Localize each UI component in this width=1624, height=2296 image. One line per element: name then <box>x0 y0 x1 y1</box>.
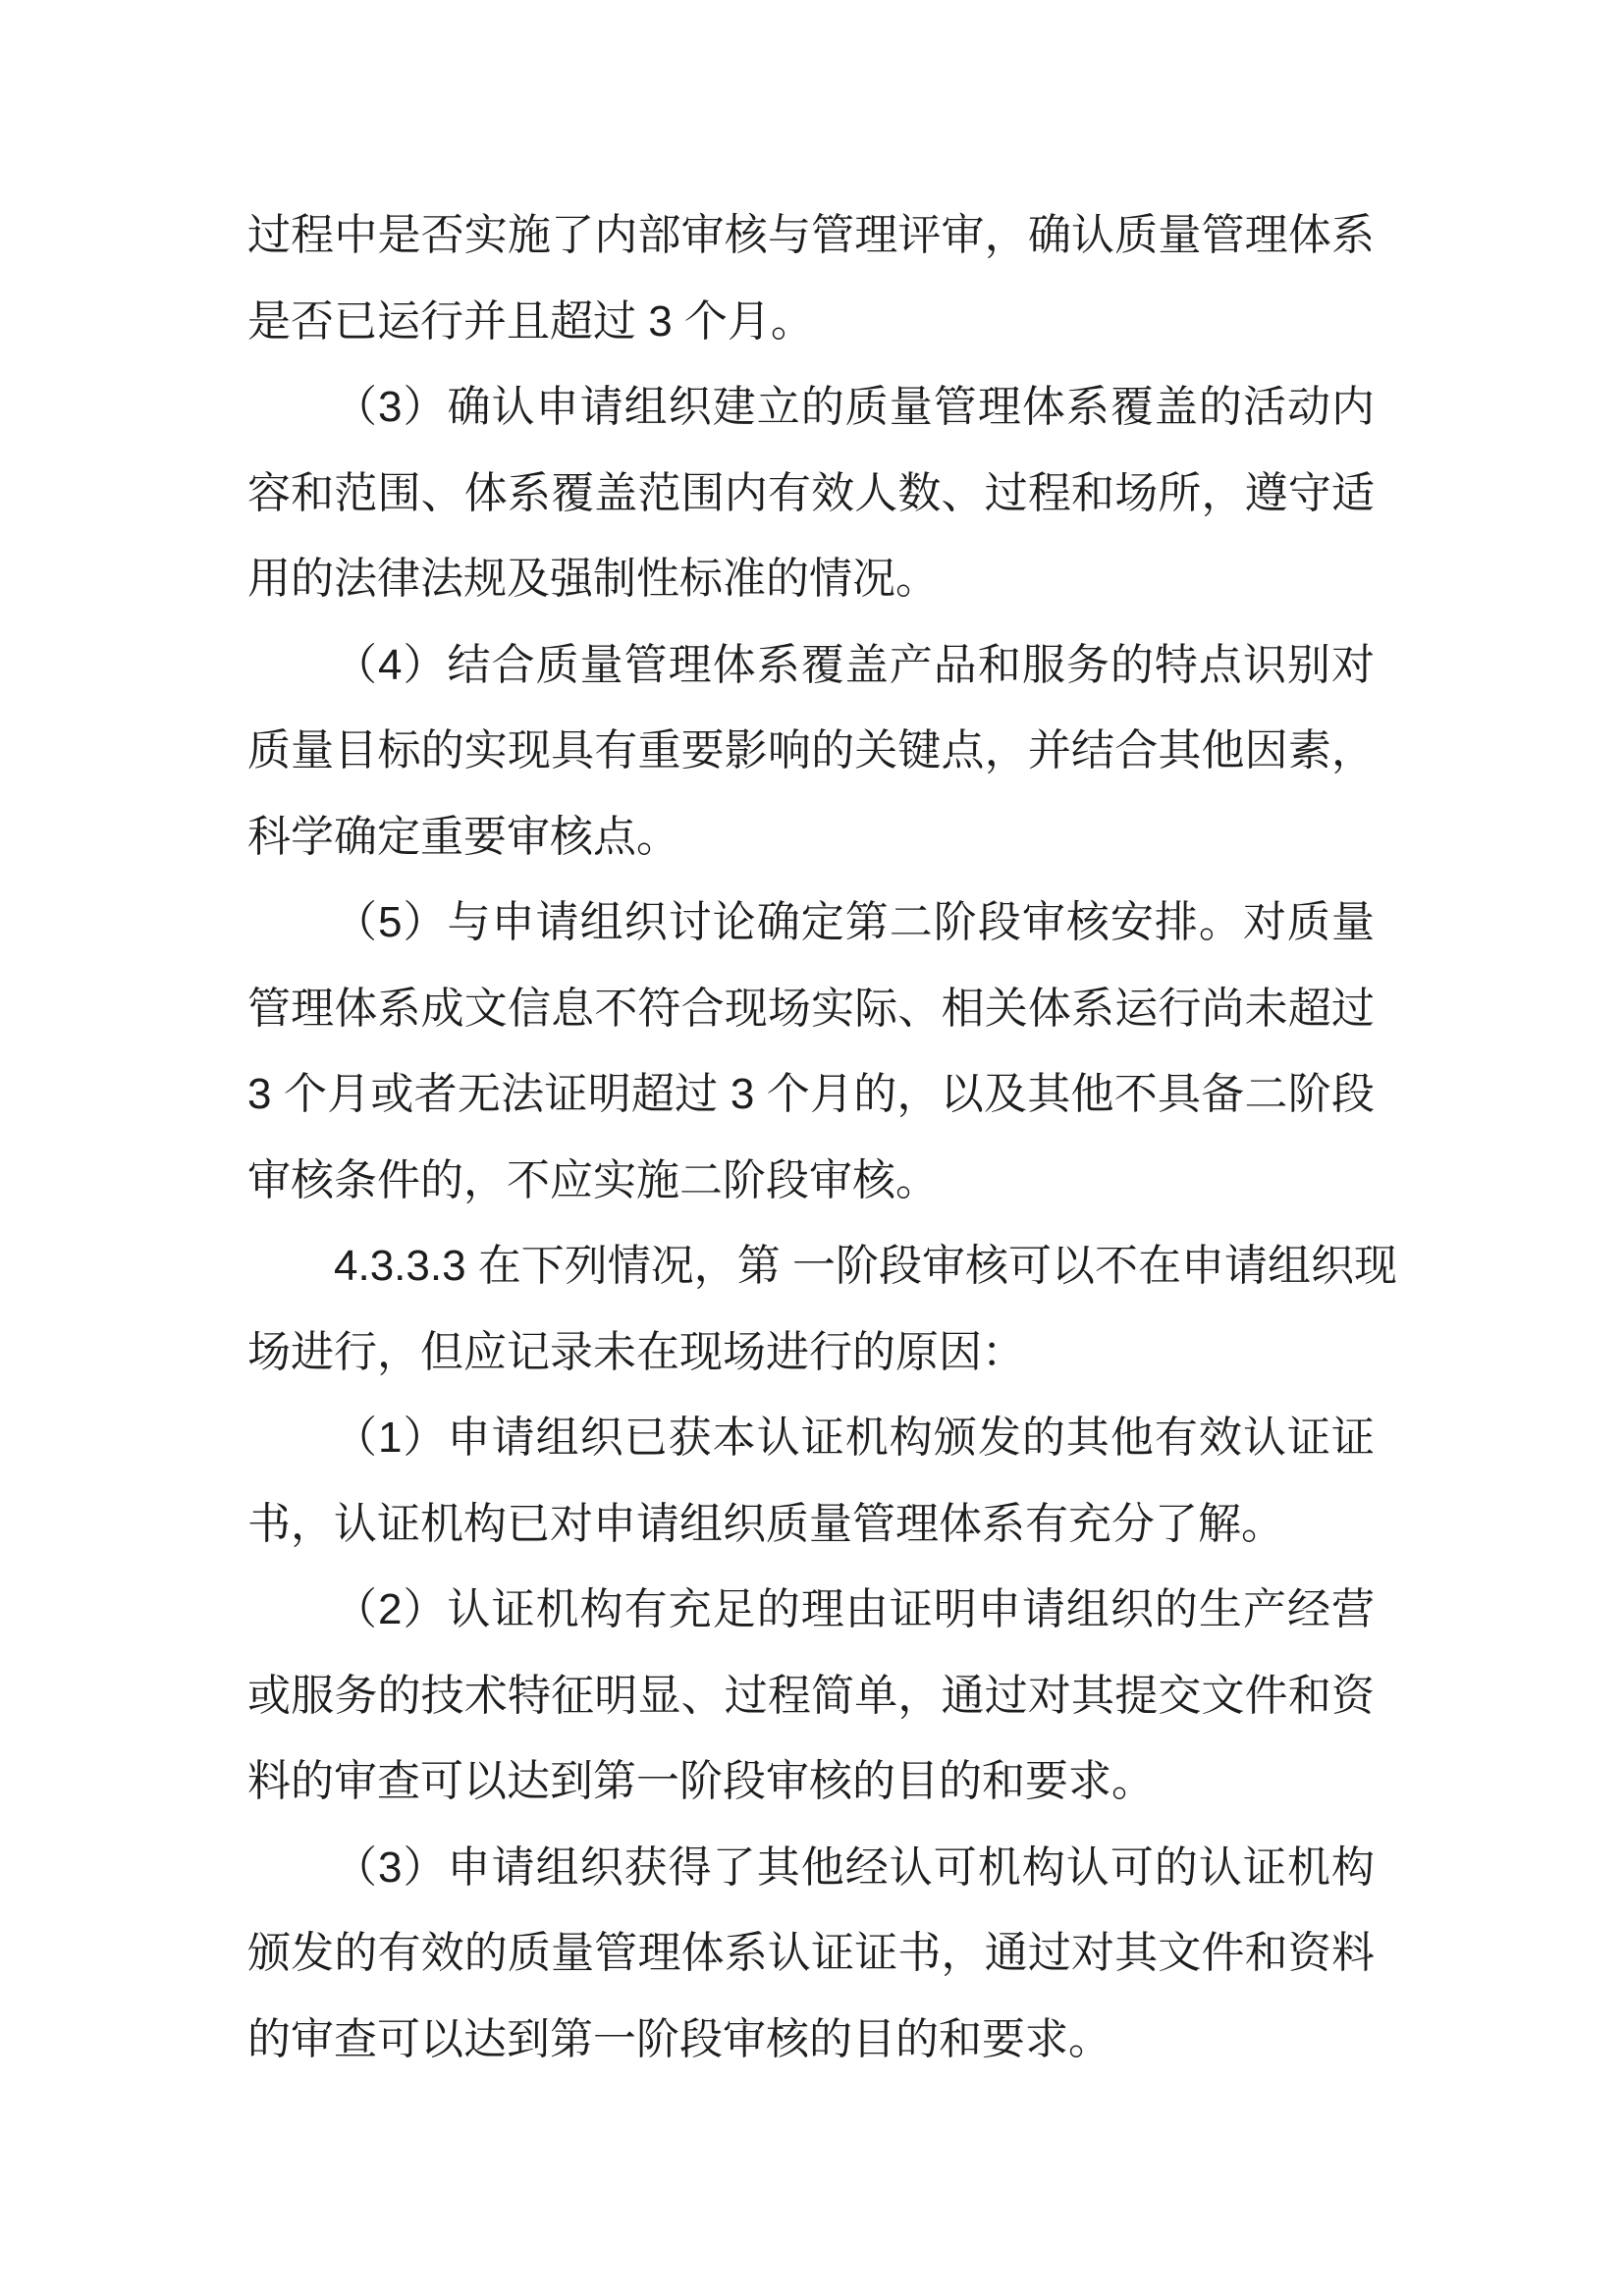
text-line: 4.3.3.3 在下列情况，第 一阶段审核可以不在申请组织现 <box>247 1223 1375 1309</box>
text-line: 3 个月或者无法证明超过 3 个月的，以及其他不具备二阶段 <box>247 1051 1375 1138</box>
text-line: 容和范围、体系覆盖范围内有效人数、过程和场所，遵守适 <box>247 451 1375 537</box>
text-line: 书，认证机构已对申请组织质量管理体系有充分了解。 <box>247 1481 1375 1568</box>
text-line: 用的法律法规及强制性标准的情况。 <box>247 536 1375 622</box>
text-line: 的审查可以达到第一阶段审核的目的和要求。 <box>247 1997 1375 2083</box>
text-line: （5）与申请组织讨论确定第二阶段审核安排。对质量 <box>247 880 1375 966</box>
text-line: （3）申请组织获得了其他经认可机构认可的认证机构 <box>247 1825 1375 1911</box>
text-line: 料的审查可以达到第一阶段审核的目的和要求。 <box>247 1738 1375 1825</box>
text-line: 质量目标的实现具有重要影响的关键点，并结合其他因素， <box>247 708 1375 794</box>
text-line: 科学确定重要审核点。 <box>247 794 1375 881</box>
document-body: 过程中是否实施了内部审核与管理评审，确认质量管理体系是否已运行并且超过 3 个月… <box>247 192 1375 2082</box>
text-line: （2）认证机构有充足的理由证明申请组织的生产经营 <box>247 1567 1375 1653</box>
text-line: 颁发的有效的质量管理体系认证证书，通过对其文件和资料 <box>247 1910 1375 1997</box>
text-line: 或服务的技术特征明显、过程简单，通过对其提交文件和资 <box>247 1653 1375 1739</box>
text-line: 审核条件的，不应实施二阶段审核。 <box>247 1138 1375 1224</box>
text-line: （4）结合质量管理体系覆盖产品和服务的特点识别对 <box>247 622 1375 709</box>
text-line: （3）确认申请组织建立的质量管理体系覆盖的活动内 <box>247 364 1375 451</box>
text-line: 过程中是否实施了内部审核与管理评审，确认质量管理体系 <box>247 192 1375 279</box>
text-line: 场进行，但应记录未在现场进行的原因： <box>247 1309 1375 1396</box>
text-line: 管理体系成文信息不符合现场实际、相关体系运行尚未超过 <box>247 966 1375 1052</box>
text-line: 是否已运行并且超过 3 个月。 <box>247 279 1375 365</box>
text-line: （1）申请组织已获本认证机构颁发的其他有效认证证 <box>247 1395 1375 1481</box>
document-page: 过程中是否实施了内部审核与管理评审，确认质量管理体系是否已运行并且超过 3 个月… <box>0 0 1624 2296</box>
